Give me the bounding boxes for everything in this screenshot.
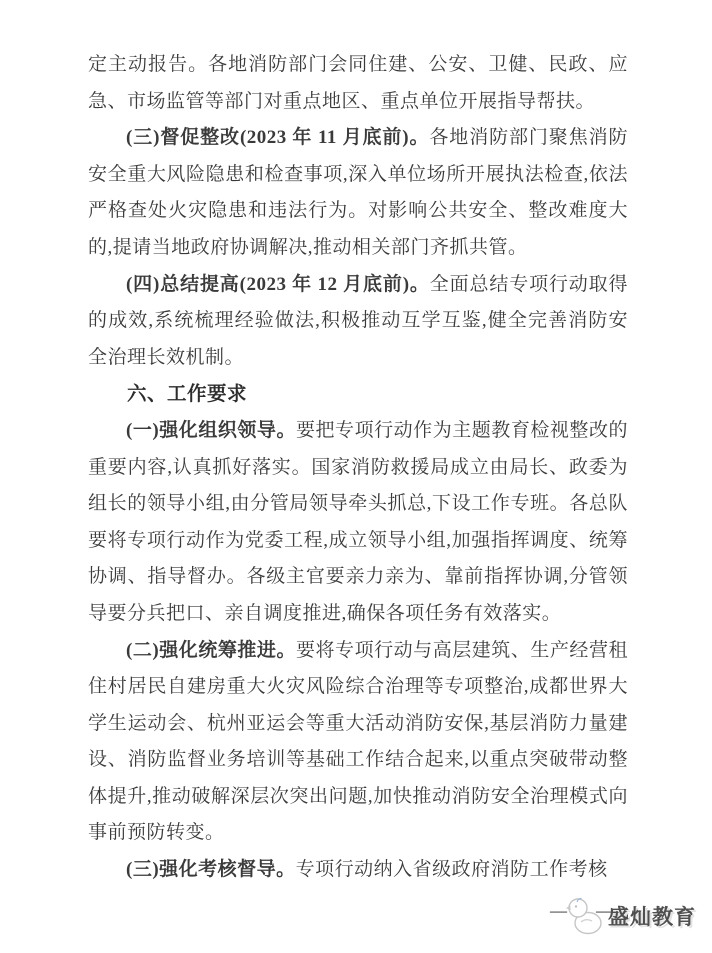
paragraph-text: 专项行动纳入省级政府消防工作考核 (296, 859, 608, 880)
paragraph-requirement-3: (三)强化考核督导。专项行动纳入省级政府消防工作考核 (88, 852, 628, 889)
paragraph-lead: (四)总结提高(2023 年 12 月底前)。 (126, 274, 430, 295)
paragraph-task-3: (三)督促整改(2023 年 11 月底前)。各地消防部门聚焦消防安全重大风险隐… (88, 120, 628, 266)
page-number: — 9 — (548, 899, 618, 923)
paragraph-lead: (二)强化统筹推进。 (126, 640, 296, 661)
mascot-logo-icon (564, 895, 606, 937)
document-body: 定主动报告。各地消防部门会同住建、公安、卫健、民政、应急、市场监管等部门对重点地… (88, 47, 628, 889)
paragraph-lead: (三)强化考核督导。 (126, 859, 296, 880)
document-page: 定主动报告。各地消防部门会同住建、公安、卫健、民政、应急、市场监管等部门对重点地… (0, 0, 712, 953)
paragraph-requirement-2: (二)强化统筹推进。要将专项行动与高层建筑、生产经营租住村居民自建房重大火灾风险… (88, 633, 628, 853)
paragraph-text: 要把专项行动作为主题教育检视整改的重要内容,认真抓好落实。国家消防救援局成立由局… (88, 420, 628, 624)
paragraph-requirement-1: (一)强化组织领导。要把专项行动作为主题教育检视整改的重要内容,认真抓好落实。国… (88, 413, 628, 633)
section-heading: 六、工作要求 (88, 376, 628, 413)
paragraph-lead: (一)强化组织领导。 (126, 420, 296, 441)
paragraph-continuation: 定主动报告。各地消防部门会同住建、公安、卫健、民政、应急、市场监管等部门对重点地… (88, 47, 628, 120)
paragraph-lead: (三)督促整改(2023 年 11 月底前)。 (126, 127, 429, 148)
paragraph-text: 定主动报告。各地消防部门会同住建、公安、卫健、民政、应急、市场监管等部门对重点地… (88, 54, 628, 112)
brand-watermark: 盛灿教育 (608, 901, 696, 931)
paragraph-task-4: (四)总结提高(2023 年 12 月底前)。全面总结专项行动取得的成效,系统梳… (88, 267, 628, 377)
paragraph-text: 要将专项行动与高层建筑、生产经营租住村居民自建房重大火灾风险综合治理等专项整治,… (88, 640, 628, 844)
